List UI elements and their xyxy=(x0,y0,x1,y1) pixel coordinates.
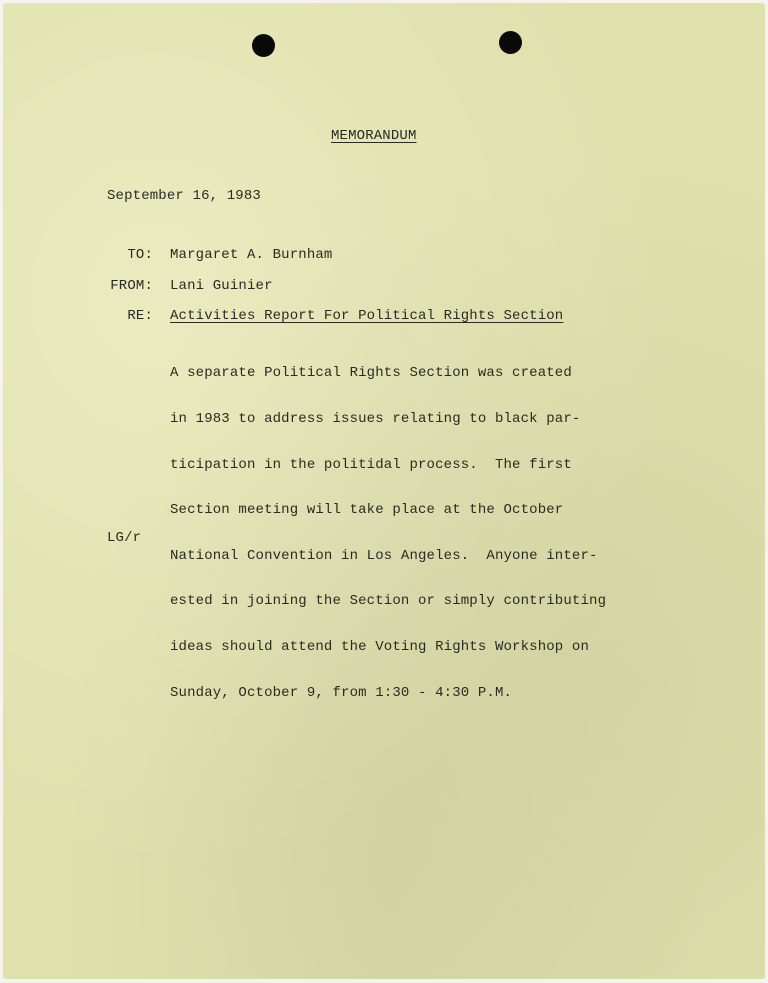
punch-hole-left xyxy=(252,34,275,57)
body-line: ideas should attend the Voting Rights Wo… xyxy=(170,640,606,655)
memo-title: MEMORANDUM xyxy=(331,128,417,144)
body-line: in 1983 to address issues relating to bl… xyxy=(170,412,606,427)
body-line: A separate Political Rights Section was … xyxy=(170,366,606,381)
memo-body: A separate Political Rights Section was … xyxy=(170,336,606,731)
memo-page: MEMORANDUM September 16, 1983 TO: Margar… xyxy=(3,3,765,979)
to-value: Margaret A. Burnham xyxy=(170,247,332,263)
from-label: FROM: xyxy=(101,278,153,294)
body-line: Section meeting will take place at the O… xyxy=(170,503,606,518)
body-line: Sunday, October 9, from 1:30 - 4:30 P.M. xyxy=(170,686,606,701)
memo-date: September 16, 1983 xyxy=(107,188,261,204)
body-line: National Convention in Los Angeles. Anyo… xyxy=(170,549,606,564)
to-label: TO: xyxy=(101,247,153,263)
body-line: ested in joining the Section or simply c… xyxy=(170,594,606,609)
re-label: RE: xyxy=(101,308,153,324)
typist-initials: LG/r xyxy=(107,530,141,546)
from-value: Lani Guinier xyxy=(170,278,273,294)
punch-hole-right xyxy=(499,31,522,54)
body-line: ticipation in the politidal process. The… xyxy=(170,458,606,473)
re-subject: Activities Report For Political Rights S… xyxy=(170,308,563,324)
